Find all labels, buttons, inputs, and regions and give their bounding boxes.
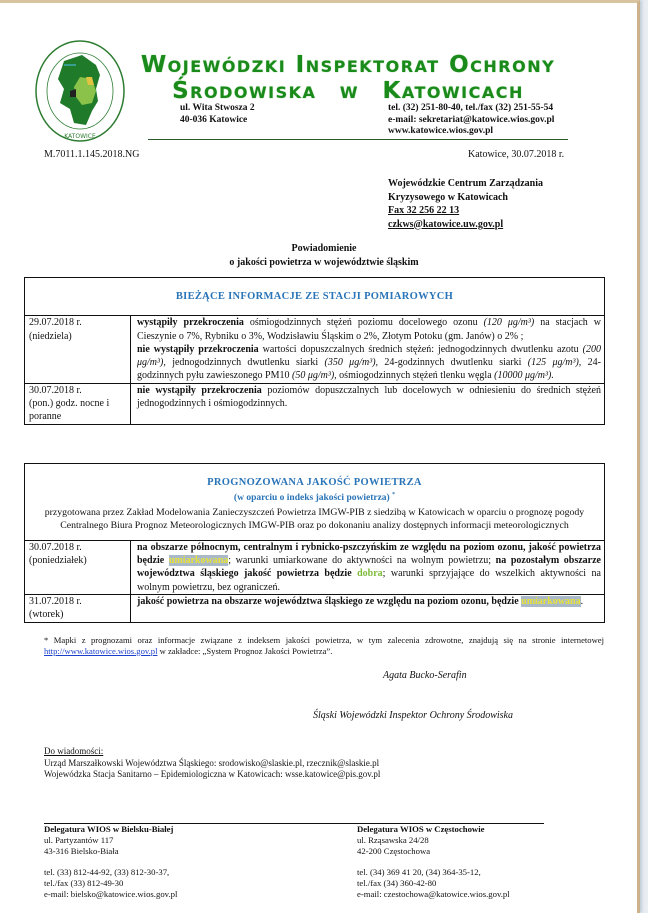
row-content: nie wystąpiły przekroczenia poziomów dop… [131,383,605,424]
branch-czestochowa: Delegatura WIOS w Częstochowie ul. Rząsa… [357,824,510,900]
quality-level-good: dobra [357,568,383,579]
footnote: * Mapki z prognozami oraz informacje zwi… [44,635,604,657]
text: wartości dopuszczalnych średnich stężeń:… [259,344,583,355]
branch-name: Delegatura WIOS w Częstochowie [357,824,510,835]
cc-line: Urząd Marszałkowski Województwa Śląskieg… [44,758,380,770]
cc-line: Wojewódzka Stacja Sanitarno – Epidemiolo… [44,769,380,781]
forecast-heading: PROGNOZOWANA JAKOŚĆ POWIETRZA [31,476,598,489]
no-exceedance-label: nie wystąpiły przekroczenia [137,344,259,355]
address-street: ul. Wita Stwosza 2 [180,103,255,115]
text: jednogodzinnych dwutlenku siarki [166,357,325,368]
row-content: wystąpiły przekroczenia ośmiogodzinnych … [131,316,605,383]
reference-number: M.7011.1.145.2018.NG [44,149,139,160]
organization-title: Wojewódzki Inspektorat Ochrony Środowisk… [118,52,578,104]
row-date-cell: 29.07.2018 r. (niedziela) [25,316,131,383]
norm-value: (120 μg/m³) [484,317,535,328]
table-row: 29.07.2018 r. (niedziela) wystąpiły prze… [25,316,605,383]
text: ośmiogodzinnych stężeń poziomu doceloweg… [244,317,484,328]
branch-email: e-mail: bielsko@katowice.wios.gov.pl [44,889,177,900]
row-date: 29.07.2018 r. [29,316,127,329]
contact-website[interactable]: www.katowice.wios.gov.pl [388,126,554,138]
row-date-cell: 31.07.2018 r. (wtorek) [25,594,131,622]
header-divider [148,139,568,140]
branch-street: ul. Rząsawska 24/28 [357,835,510,846]
branch-email: e-mail: czestochowa@katowice.wios.gov.pl [357,889,510,900]
current-info-heading: BIEŻĄCE INFORMACJE ZE STACJI POMIAROWYCH [176,291,453,302]
branch-city: 43-316 Bielsko-Biała [44,846,177,857]
org-contact: tel. (32) 251-80-40, tel./fax (32) 251-5… [388,103,554,138]
row-day: (poniedziałek) [29,554,127,567]
row-day: (pon.) godz. nocne i poranne [29,397,119,424]
recipient-email[interactable]: czkws@katowice.uw.gov.pl [388,218,543,232]
org-address: ul. Wita Stwosza 2 40-036 Katowice [180,103,255,126]
signature-title: Śląski Wojewódzki Inspektor Ochrony Środ… [313,710,513,721]
norm-value: (50 μg/m³), [292,370,337,381]
text: jakość powietrza na obszarze województwa… [137,596,521,607]
forecast-subheading: (w oparciu o indeks jakości powietrza) [234,493,390,503]
branch-tel: tel. (33) 812-44-92, (33) 812-30-37, [44,867,177,878]
text: . [581,596,584,607]
wios-logo-icon: KATOWICE [34,39,126,143]
recipient-block: Wojewódzkie Centrum Zarządzania Kryzysow… [388,177,543,231]
row-content: jakość powietrza na obszarze województwa… [131,594,605,622]
quality-level-moderate: umiarkowana [169,555,228,566]
signature-name: Agata Bucko-Serafin [383,670,467,681]
recipient-line: Wojewódzkie Centrum Zarządzania [388,177,543,191]
svg-text:KATOWICE: KATOWICE [64,133,96,140]
branch-fax: tel./fax (34) 360-42-80 [357,878,510,889]
table-row: 31.07.2018 r. (wtorek) jakość powietrza … [25,594,605,622]
notice-heading: Powiadomienie o jakości powietrza w woje… [0,242,648,269]
forecast-description: przygotowana przez Zakład Modelowania Za… [31,506,598,532]
branch-name: Delegatura WIOS w Bielsku-Białej [44,824,177,835]
row-day: (wtorek) [29,608,127,621]
cc-block: Do wiadomości: Urząd Marszałkowski Wojew… [44,746,380,781]
contact-email[interactable]: e-mail: sekretariat@katowice.wios.gov.pl [388,115,554,127]
footnote-marker: * [392,492,395,498]
branch-tel: tel. (34) 369 41 20, (34) 364-35-12, [357,867,510,878]
forecast-header: PROGNOZOWANA JAKOŚĆ POWIETRZA (w oparciu… [25,464,605,541]
recipient-fax: Fax 32 256 22 13 [388,204,543,218]
org-title-line1: Wojewódzki Inspektorat Ochrony [118,52,578,78]
exceedance-label: wystąpiły przekroczenia [137,317,244,328]
wios-website-link[interactable]: http://www.katowice.wios.gov.pl [44,646,157,656]
current-info-header: BIEŻĄCE INFORMACJE ZE STACJI POMIAROWYCH [25,278,605,316]
table-row: 30.07.2018 r. (poniedziałek) na obszarze… [25,540,605,594]
recipient-line: Kryzysowego w Katowicach [388,191,543,205]
norm-value: (10000 μg/m³). [494,370,554,381]
current-info-table: BIEŻĄCE INFORMACJE ZE STACJI POMIAROWYCH… [24,277,605,425]
place-date: Katowice, 30.07.2018 r. [468,149,564,160]
branch-city: 42-200 Częstochowa [357,846,510,857]
row-date: 30.07.2018 r. [29,541,127,554]
address-city: 40-036 Katowice [180,115,255,127]
document-page: KATOWICE Wojewódzki Inspektorat Ochrony … [0,0,640,913]
forecast-table: PROGNOZOWANA JAKOŚĆ POWIETRZA (w oparciu… [24,463,605,623]
branch-bielsko: Delegatura WIOS w Bielsku-Białej ul. Par… [44,824,177,900]
table-row: 30.07.2018 r. (pon.) godz. nocne i poran… [25,383,605,424]
org-title-line2: Środowiska w Katowicach [118,78,578,104]
text: ; warunki umiarkowane do aktywności na w… [228,555,495,566]
cc-label: Do wiadomości: [44,746,380,758]
row-date: 31.07.2018 r. [29,595,127,608]
footnote-text: w zakładce: „System Prognoz Jakości Powi… [157,646,332,656]
row-date: 30.07.2018 r. [29,384,127,397]
branch-fax: tel./fax (33) 812-49-30 [44,878,177,889]
norm-value: (350 μg/m³), [325,357,379,368]
footnote-text: * Mapki z prognozami oraz informacje zwi… [44,635,604,645]
row-date-cell: 30.07.2018 r. (poniedziałek) [25,540,131,594]
row-content: na obszarze północnym, centralnym i rybn… [131,540,605,594]
text: ośmiogodzinnych stężeń tlenku węgla [337,370,494,381]
quality-level-moderate: umiarkowana [521,596,580,607]
notice-subtitle: o jakości powietrza w województwie śląsk… [0,256,648,270]
no-exceedance-label: nie wystąpiły przekroczenia [137,385,262,396]
row-day: (niedziela) [29,330,127,343]
notice-title: Powiadomienie [0,242,648,256]
norm-value: (125 μg/m³), [528,357,582,368]
branch-street: ul. Partyzantów 117 [44,835,177,846]
text: 24-godzinnych dwutlenku siarki [378,357,528,368]
contact-phone: tel. (32) 251-80-40, tel./fax (32) 251-5… [388,103,554,115]
forecast-subheading-wrap: (w oparciu o indeks jakości powietrza) * [31,489,598,505]
row-date-cell: 30.07.2018 r. (pon.) godz. nocne i poran… [25,383,131,424]
